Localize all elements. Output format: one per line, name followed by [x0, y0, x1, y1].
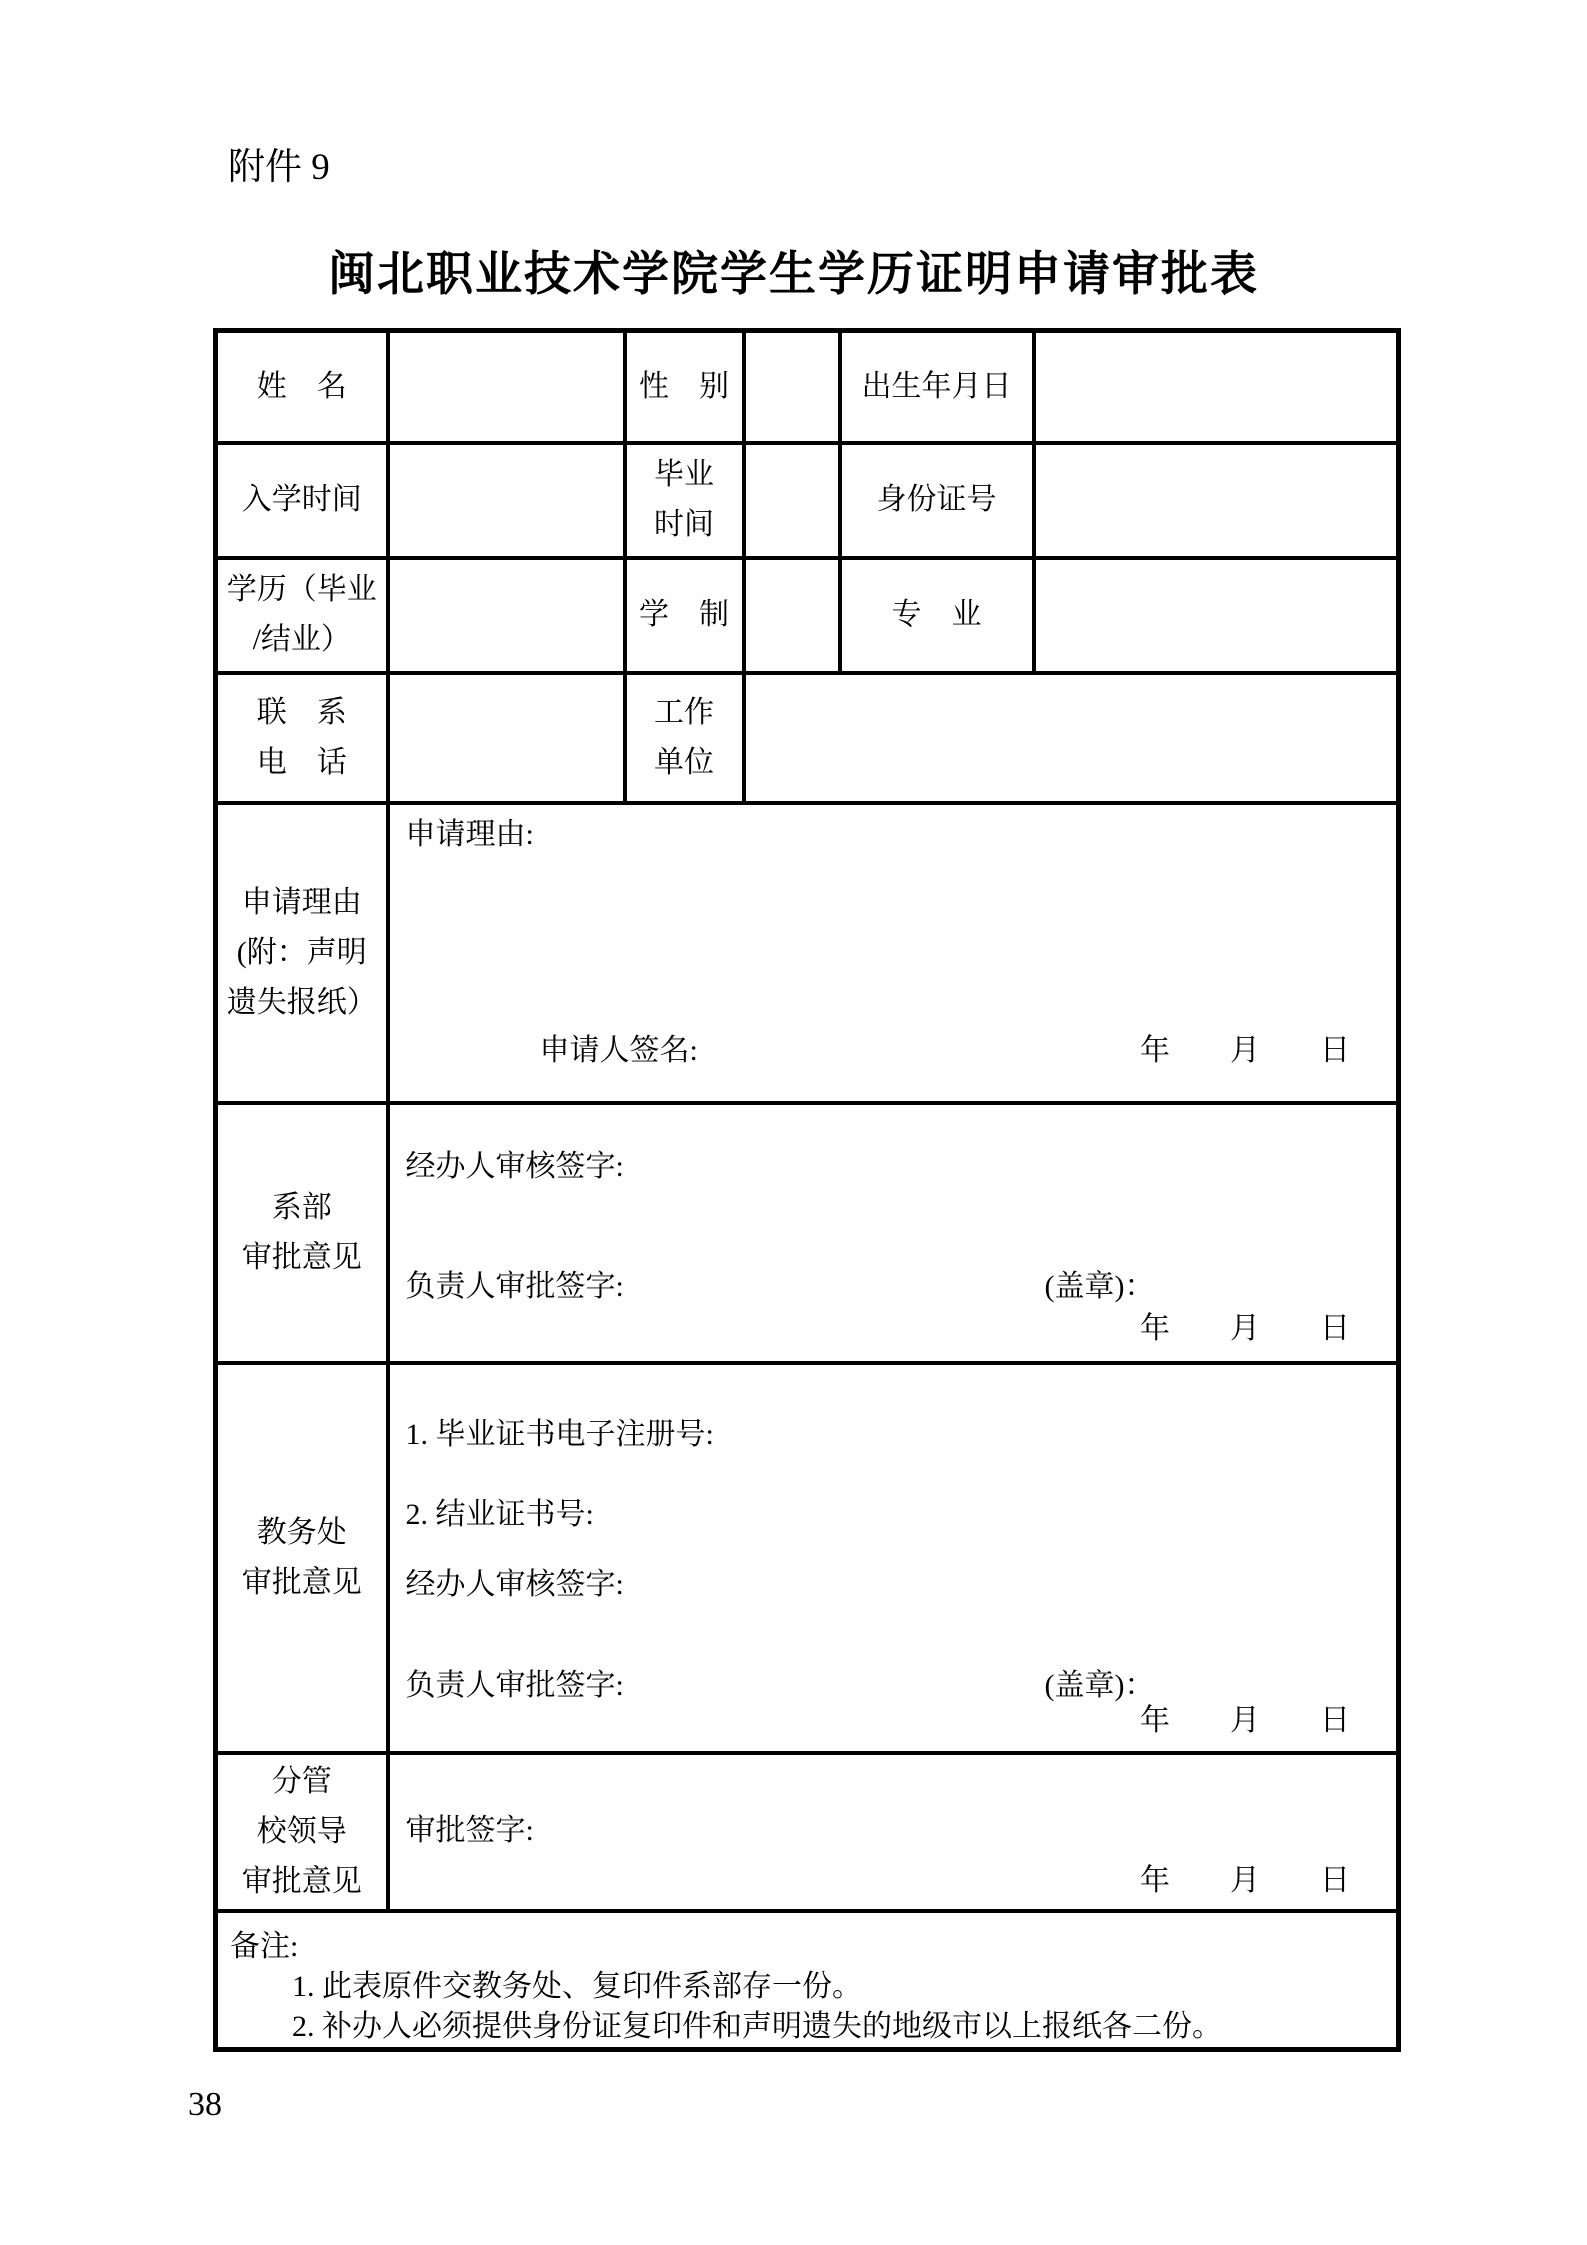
- month-label: 月: [1230, 1311, 1260, 1347]
- contact-phone-input-cell[interactable]: [388, 673, 625, 803]
- name-input-cell[interactable]: [388, 331, 625, 443]
- completion-certificate-number-label: 2. 结业证书号:: [406, 1497, 594, 1533]
- academic-office-side-line1: 教务处: [218, 1508, 386, 1558]
- birthdate-input-cell[interactable]: [1034, 331, 1399, 443]
- application-reason-body-label: 申请理由:: [406, 817, 534, 853]
- application-reason-content-cell[interactable]: 申请理由: 申请人签名: 年 月 日: [388, 803, 1399, 1103]
- academic-office-opinion-content-cell[interactable]: 1. 毕业证书电子注册号: 2. 结业证书号: 经办人审核签字: 负责人审批签字…: [388, 1363, 1399, 1753]
- academic-handler-signature-label: 经办人审核签字:: [406, 1567, 624, 1603]
- contact-phone-label-line1: 联 系: [218, 688, 386, 738]
- year-label: 年: [1140, 1863, 1170, 1899]
- education-level-label-line2: /结业）: [218, 615, 386, 665]
- education-level-label-line1: 学历（毕业: [218, 565, 386, 615]
- graduation-time-input-cell[interactable]: [744, 443, 840, 558]
- school-leader-side-line2: 校领导: [218, 1807, 386, 1857]
- id-number-label-cell: 身份证号: [840, 443, 1034, 558]
- notes-cell: 备注: 1. 此表原件交教务处、复印件系部存一份。 2. 补办人必须提供身份证复…: [216, 1911, 1399, 2050]
- day-label: 日: [1320, 1311, 1350, 1347]
- major-label-cell: 专 业: [840, 558, 1034, 673]
- notes-item-1: 1. 此表原件交教务处、复印件系部存一份。: [292, 1967, 1376, 2007]
- enrollment-time-input-cell[interactable]: [388, 443, 625, 558]
- enrollment-time-label-cell: 入学时间: [216, 443, 388, 558]
- school-leader-date-line: 年 月 日: [1140, 1863, 1350, 1899]
- contact-phone-label-line2: 电 话: [218, 738, 386, 788]
- contact-phone-label-cell: 联 系 电 话: [216, 673, 388, 803]
- academic-date-line: 年 月 日: [1140, 1703, 1350, 1739]
- graduation-time-label-cell: 毕业 时间: [625, 443, 744, 558]
- attachment-label: 附件 9: [228, 148, 330, 189]
- birthdate-label-cell: 出生年月日: [840, 331, 1034, 443]
- month-label: 月: [1230, 1863, 1260, 1899]
- major-input-cell[interactable]: [1034, 558, 1399, 673]
- year-label: 年: [1140, 1033, 1170, 1069]
- department-opinion-side-line1: 系部: [218, 1183, 386, 1233]
- education-level-label-cell: 学历（毕业 /结业）: [216, 558, 388, 673]
- day-label: 日: [1320, 1703, 1350, 1739]
- schooling-length-label-cell: 学 制: [625, 558, 744, 673]
- graduation-time-label-line2: 时间: [627, 500, 742, 550]
- gender-label-cell: 性 别: [625, 331, 744, 443]
- document-page: 附件 9 闽北职业技术学院学生学历证明申请审批表 姓 名 性 别 出生年月日: [0, 0, 1587, 2245]
- page-number: 38: [188, 2086, 222, 2123]
- row-phone-workunit: 联 系 电 话 工作 单位: [216, 673, 1399, 803]
- work-unit-input-cell[interactable]: [744, 673, 1399, 803]
- academic-seal-label: (盖章)：: [1045, 1668, 1155, 1704]
- gender-input-cell[interactable]: [744, 331, 840, 443]
- work-unit-label-cell: 工作 单位: [625, 673, 744, 803]
- school-leader-side-line1: 分管: [218, 1757, 386, 1807]
- application-reason-side-line2: (附：声明: [218, 928, 386, 978]
- row-education-schooling-major: 学历（毕业 /结业） 学 制 专 业: [216, 558, 1399, 673]
- year-label: 年: [1140, 1703, 1170, 1739]
- diploma-registration-number-label: 1. 毕业证书电子注册号:: [406, 1417, 714, 1453]
- year-label: 年: [1140, 1311, 1170, 1347]
- application-form-table: 姓 名 性 别 出生年月日 入学时间 毕业 时间 身份证号: [213, 328, 1396, 2052]
- application-reason-side-line3: 遗失报纸）: [218, 978, 386, 1028]
- school-leader-opinion-side-label-cell: 分管 校领导 审批意见: [216, 1753, 388, 1911]
- row-name-gender-birth: 姓 名 性 别 出生年月日: [216, 331, 1399, 443]
- applicant-signature-label: 申请人签名:: [540, 1033, 698, 1069]
- department-seal-label: (盖章)：: [1045, 1269, 1155, 1305]
- application-reason-side-line1: 申请理由: [218, 878, 386, 928]
- notes-item-2: 2. 补办人必须提供身份证复印件和声明遗失的地级市以上报纸各二份。: [292, 2007, 1376, 2047]
- name-label-cell: 姓 名: [216, 331, 388, 443]
- row-academic-office-opinion: 教务处 审批意见 1. 毕业证书电子注册号: 2. 结业证书号: 经办人审核签字…: [216, 1363, 1399, 1753]
- row-enroll-graduation-id: 入学时间 毕业 时间 身份证号: [216, 443, 1399, 558]
- row-application-reason: 申请理由 (附：声明 遗失报纸） 申请理由: 申请人签名: 年 月 日: [216, 803, 1399, 1103]
- month-label: 月: [1230, 1703, 1260, 1739]
- department-opinion-content-cell[interactable]: 经办人审核签字: 负责人审批签字: (盖章)： 年 月 日: [388, 1103, 1399, 1363]
- education-level-input-cell[interactable]: [388, 558, 625, 673]
- notes-title: 备注:: [230, 1927, 1376, 1967]
- work-unit-label-line1: 工作: [627, 688, 742, 738]
- department-date-line: 年 月 日: [1140, 1311, 1350, 1347]
- academic-leader-signature-label: 负责人审批签字:: [406, 1668, 624, 1704]
- department-opinion-side-line2: 审批意见: [218, 1233, 386, 1283]
- school-leader-signature-label: 审批签字:: [406, 1813, 534, 1849]
- day-label: 日: [1320, 1863, 1350, 1899]
- academic-office-side-line2: 审批意见: [218, 1558, 386, 1608]
- application-reason-side-label-cell: 申请理由 (附：声明 遗失报纸）: [216, 803, 388, 1103]
- school-leader-opinion-content-cell[interactable]: 审批签字: 年 月 日: [388, 1753, 1399, 1911]
- department-leader-signature-label: 负责人审批签字:: [406, 1269, 624, 1305]
- row-notes: 备注: 1. 此表原件交教务处、复印件系部存一份。 2. 补办人必须提供身份证复…: [216, 1911, 1399, 2050]
- department-opinion-side-label-cell: 系部 审批意见: [216, 1103, 388, 1363]
- row-school-leader-opinion: 分管 校领导 审批意见 审批签字: 年 月 日: [216, 1753, 1399, 1911]
- day-label: 日: [1320, 1033, 1350, 1069]
- applicant-date-line: 年 月 日: [1140, 1033, 1350, 1069]
- school-leader-side-line3: 审批意见: [218, 1857, 386, 1907]
- graduation-time-label-line1: 毕业: [627, 450, 742, 500]
- page-title: 闽北职业技术学院学生学历证明申请审批表: [0, 250, 1587, 302]
- work-unit-label-line2: 单位: [627, 738, 742, 788]
- month-label: 月: [1230, 1033, 1260, 1069]
- academic-office-opinion-side-label-cell: 教务处 审批意见: [216, 1363, 388, 1753]
- schooling-length-input-cell[interactable]: [744, 558, 840, 673]
- row-department-opinion: 系部 审批意见 经办人审核签字: 负责人审批签字: (盖章)： 年 月 日: [216, 1103, 1399, 1363]
- department-handler-signature-label: 经办人审核签字:: [406, 1149, 624, 1185]
- id-number-input-cell[interactable]: [1034, 443, 1399, 558]
